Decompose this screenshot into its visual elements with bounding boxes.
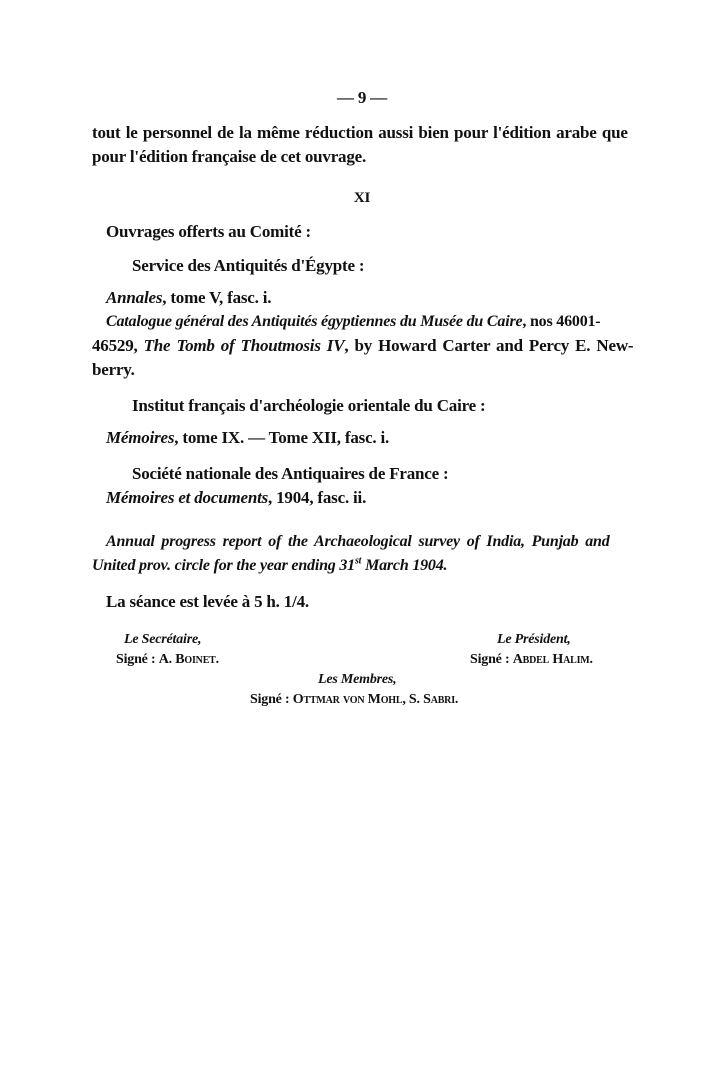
president-signature: Signé : Abdel Halim.: [470, 650, 593, 670]
intro-paragraph-line-2: pour l'édition française de cet ouvrage.: [92, 147, 366, 167]
donation-item-memoires: Mémoires, tome IX. — Tome XII, fasc. i.: [106, 428, 389, 448]
secretary-signature: Signé : A. Boinet.: [116, 650, 219, 670]
donation-item-annales: Annales, tome V, fasc. i.: [106, 288, 271, 308]
president-title: Le Président,: [497, 630, 571, 650]
donation-item-catalogue-line-1: Catalogue général des Antiquités égyptie…: [106, 312, 600, 332]
item-subtitle: The Tomb of Thoutmosis IV: [144, 336, 345, 355]
report-text: United prov. circle for the year ending …: [92, 557, 355, 574]
signed-label: Signé :: [116, 652, 159, 667]
donation-item-catalogue-line-3: berry.: [92, 360, 135, 380]
annual-report-line-2: United prov. circle for the year ending …: [92, 556, 447, 576]
donation-item-memoires-documents: Mémoires et documents, 1904, fasc. ii.: [106, 488, 366, 508]
secretary-title: Le Secrétaire,: [124, 630, 201, 650]
section-heading: Ouvrages offerts au Comité :: [106, 222, 311, 242]
item-number: 46529,: [92, 336, 144, 355]
section-number: XI: [92, 188, 632, 208]
donor-name-service-antiquites: Service des Antiquités d'Égypte :: [132, 256, 364, 276]
item-details: , 1904, fasc. ii.: [268, 488, 366, 507]
item-title: Catalogue général des Antiquités égyptie…: [106, 313, 522, 330]
members-names: Ottmar von Mohl, S. Sabri.: [293, 692, 458, 707]
item-details: , nos 46001-: [522, 313, 600, 330]
secretary-name: A. Boinet.: [159, 652, 219, 667]
members-signature: Signé : Ottmar von Mohl, S. Sabri.: [250, 690, 458, 710]
annual-report-line-1: Annual progress report of the Archaeolog…: [106, 532, 610, 552]
donor-name-institut-francais: Institut français d'archéologie oriental…: [132, 396, 486, 416]
signed-label: Signé :: [470, 652, 513, 667]
report-date: March 1904.: [361, 557, 447, 574]
item-authors: , by Howard Carter and Percy E. New-: [344, 336, 633, 355]
members-title: Les Membres,: [318, 670, 396, 690]
president-name: Abdel Halim.: [513, 652, 593, 667]
item-title: Annales: [106, 288, 162, 307]
signed-label: Signé :: [250, 692, 293, 707]
item-title: Mémoires et documents: [106, 488, 268, 507]
closing-statement: La séance est levée à 5 h. 1/4.: [106, 592, 309, 612]
donation-item-catalogue-line-2: 46529, The Tomb of Thoutmosis IV, by How…: [92, 336, 633, 356]
item-details: , tome IX. — Tome XII, fasc. i.: [174, 428, 389, 447]
intro-paragraph-line-1: tout le personnel de la même réduction a…: [92, 123, 628, 143]
item-title: Mémoires: [106, 428, 174, 447]
donor-name-societe-antiquaires: Société nationale des Antiquaires de Fra…: [132, 464, 449, 484]
page-number: — 9 —: [92, 88, 632, 108]
item-details: , tome V, fasc. i.: [162, 288, 271, 307]
